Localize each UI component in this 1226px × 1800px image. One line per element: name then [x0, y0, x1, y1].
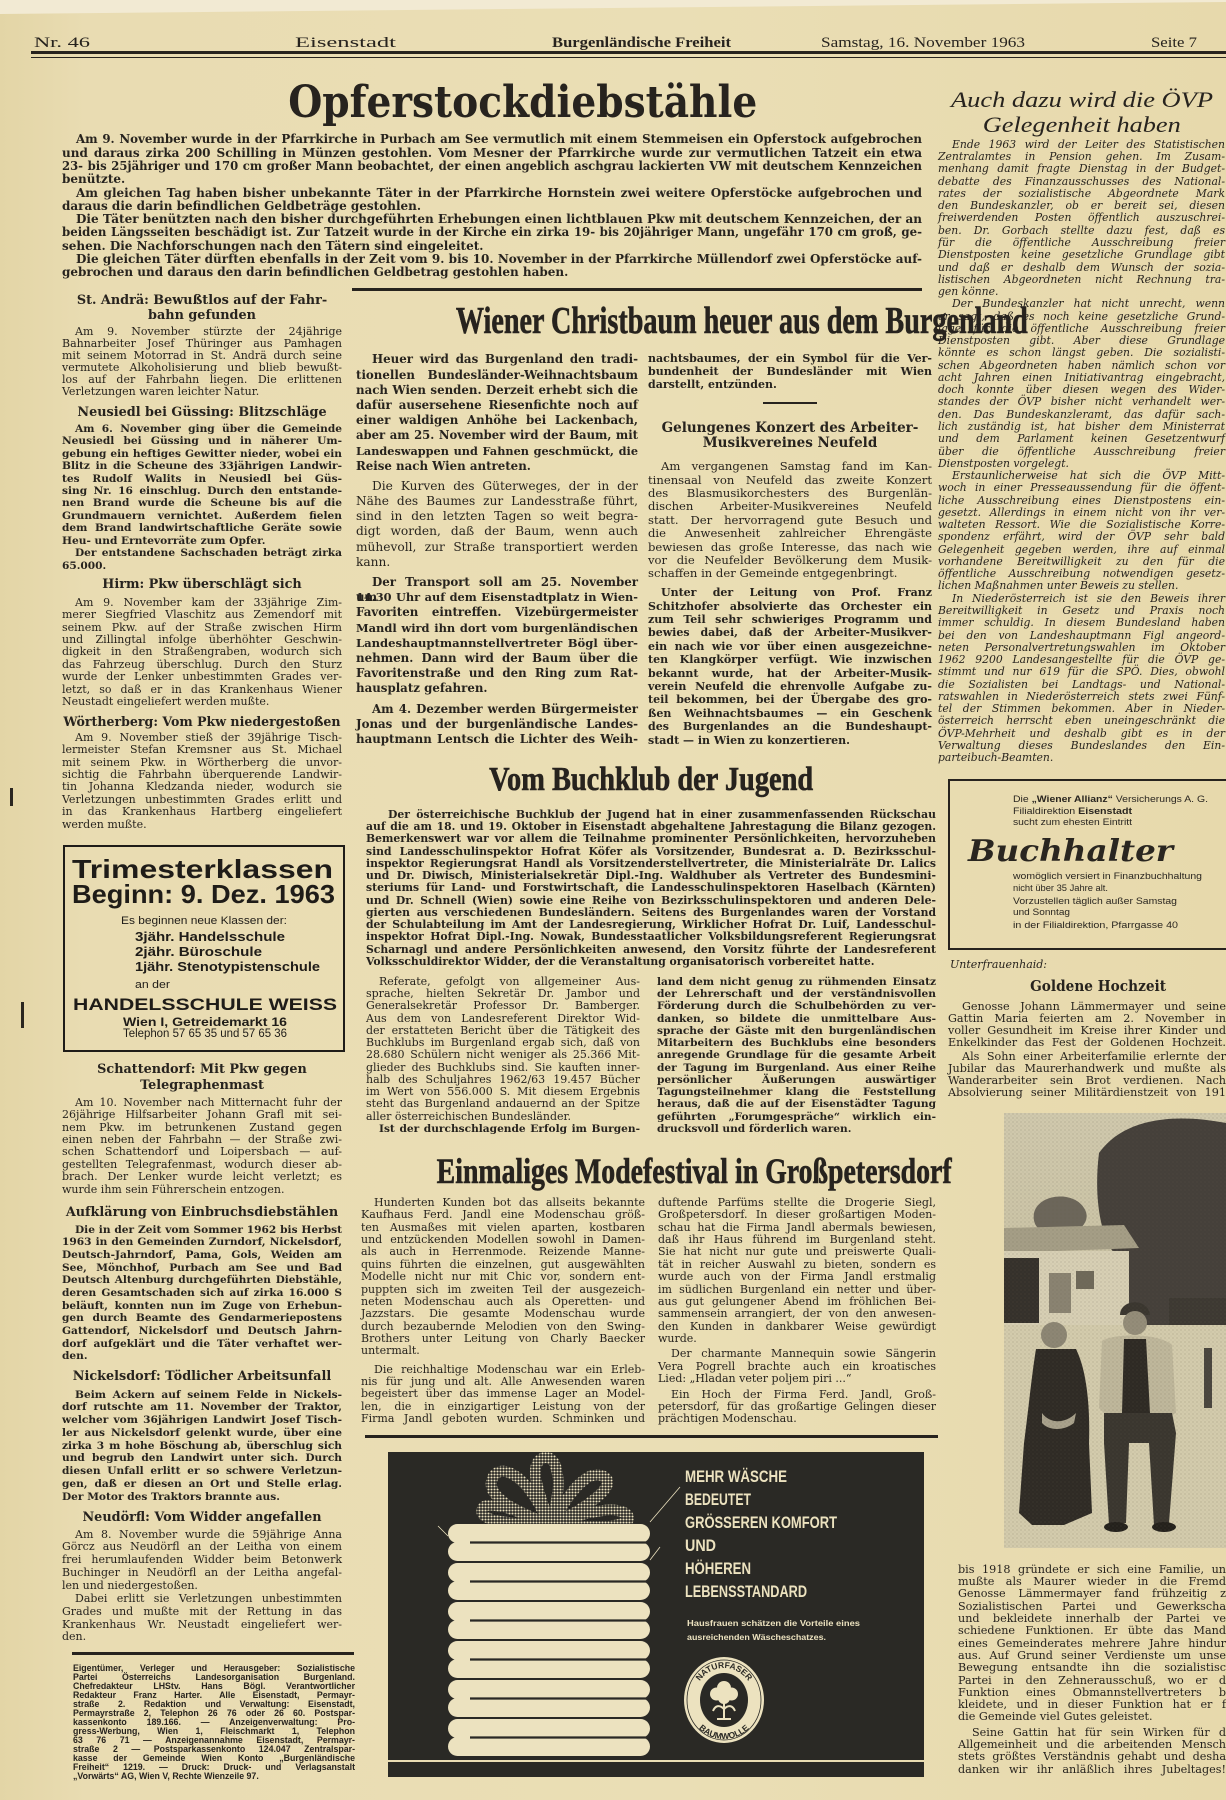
- text-line: wurde der Lenker unbestimmten Grades ver…: [62, 671, 342, 683]
- text-line: teil bekommen, bei der Übergabe des gro-: [648, 693, 932, 706]
- headline: Einmaliges Modefestival in Großpetersdor…: [361, 1152, 936, 1190]
- text-line: Die Kurven des Güterweges, der in der: [356, 479, 638, 494]
- ad-intro: Es beginnen neue Klassen der:: [121, 914, 274, 928]
- article-body: Ende 1963 wird der Leiter des Statistisc…: [938, 139, 1225, 765]
- text-line: ßen Weihnachtsbaumes — ein Geschenk: [648, 707, 932, 720]
- city-text: Eisenstadt: [295, 34, 396, 52]
- paragraph: Am 6. November ging über die GemeindeNeu…: [62, 423, 342, 547]
- ad-phone: Telephon 57 65 35 und 57 65 36: [123, 1027, 288, 1041]
- naturfaser-baumwolle-advertisement: NATURFASER BAUMWOLLE MEHR WÄSCHE BEDEUTE…: [388, 1452, 924, 1777]
- text-line: beiden Längsseiten beschädigt ist. Zur T…: [62, 226, 922, 239]
- text-line: Kaufhaus Ferd. Jandl eine Modenschau grö…: [361, 1209, 645, 1221]
- issue-date: Samstag, 16. November 1963: [821, 34, 999, 52]
- text-line: immer schuldig. In diesem Bundesland hab…: [938, 617, 1225, 629]
- issue-number-text: Nr. 46: [34, 34, 90, 52]
- ad-position-title: Buchhalter: [968, 836, 1157, 868]
- text-line: aber am 25. November wird der Baum, mit: [356, 428, 638, 443]
- paragraph: Heuer wird das Burgenland den tradi-tion…: [356, 352, 638, 474]
- text-line: Jazzstars. Die gesamte Modenschau wurde: [361, 1308, 645, 1320]
- text-line: begeistert über das immense Lager an Mod…: [361, 1388, 645, 1400]
- text-line: Am 4. Dezember werden Bürgermeister: [356, 702, 638, 717]
- text-line: anregende Grundlage für die gesamte Arbe…: [657, 1049, 936, 1061]
- headline-line: Musikvereines Neufeld: [648, 436, 932, 451]
- issue-date-text: Samstag, 16. November 1963: [821, 34, 1025, 52]
- ad-detail-line: nicht über 35 Jahre alt.: [1013, 883, 1110, 895]
- article-body: Am vergangenen Samstag fand im Kan-tinen…: [648, 460, 932, 747]
- text-line: Neusiedl bei Güssing und in näherer Um-: [62, 435, 342, 447]
- text-line: persönlicher Äußerungen auswärtiger: [657, 1074, 936, 1086]
- paragraph: Die Kurven des Güterweges, der in derNäh…: [356, 479, 638, 570]
- text-line: lichen Maßnahmen unter Beweis zu stellen…: [938, 580, 1225, 592]
- slogan-text: LEBENSSTANDARD: [685, 1582, 807, 1602]
- ad-text: Die: [1013, 794, 1032, 805]
- text-line: heraus, daß die auf der Eisenstädter Tag…: [657, 1098, 936, 1110]
- text-line: daraus die darin befindlichen Geldbeträg…: [62, 200, 922, 213]
- paragraph: Die in der Zeit vom Sommer 1962 bis Herb…: [62, 1224, 342, 1364]
- article-column: Referate, gefolgt von allgemeiner Aus-sp…: [366, 976, 640, 1135]
- text-line: deren Gesamtschaden sich auf zirka 16.00…: [62, 1287, 342, 1300]
- newspaper-name: Burgenländische Freiheit: [552, 34, 714, 52]
- slogan-text: HÖHEREN: [685, 1559, 751, 1579]
- text-line: Krankenhaus Wr. Neustadt eingeliefert we…: [62, 1619, 342, 1632]
- slogan-text: UND: [685, 1536, 716, 1556]
- text-line: Favoritenstraße und den Ring zum Rat-: [356, 666, 638, 681]
- text-line: Am 9. November wurde in der Pfarrkirche …: [62, 133, 922, 146]
- paragraph: bis 1918 gründete er sich eine Familie, …: [958, 1564, 1226, 1724]
- text-line: Verletzungen waren leichter Natur.: [62, 386, 342, 398]
- text-line: gen, daß er diesen an Ort und Stelle erl…: [62, 1478, 342, 1491]
- headline-text: Opferstockdiebstähle: [288, 80, 757, 126]
- ad-course: 2jähr. Büroschule: [135, 944, 244, 960]
- headline-line: Wörtherberg: Vom Pkw niedergestoßen: [62, 714, 342, 730]
- text-line: parteibuch-Beamten.: [938, 752, 1225, 764]
- text-line: Ist der durchschlagende Erfolg im Burgen…: [366, 1123, 640, 1135]
- headline-line: Schattendorf: Mit Pkw gegen: [62, 1062, 342, 1078]
- text-line: inspektor Hofrat Dipl.-Ing. Nowak, Bunde…: [366, 931, 936, 943]
- text-line: benützte.: [62, 173, 922, 186]
- text-line: österreich herrscht eben uneingeschränkt…: [938, 715, 1225, 727]
- wiener-allianz-job-advertisement: Die „Wiener Allianz“ Versicherungs A. G.…: [948, 779, 1226, 950]
- text-line: darstellt, entzünden.: [648, 378, 932, 391]
- text-line: nach Wien senden. Derzeit erhebt sich di…: [356, 383, 638, 398]
- headline: Nickelsdorf: Tödlicher Arbeitsunfall: [62, 1369, 342, 1385]
- text-line: die Gemeinde viel Gutes geleistet.: [958, 1711, 1226, 1723]
- ad-school-name-text: HANDELSSCHULE WEISS: [73, 995, 337, 1015]
- text-line: Bewegung entsandte ihn die sozialistisc: [958, 1662, 1226, 1674]
- article-column: Hunderten Kunden bot das allseits bekann…: [361, 1197, 645, 1426]
- ad-text: womöglich versiert in Finanzbuchhaltung: [1013, 871, 1202, 883]
- masthead-city: Eisenstadt: [295, 34, 357, 52]
- text-line: 23- bis 25jähriger und 170 cm großer Man…: [62, 160, 922, 173]
- impressum: Eigentümer, Verleger und Herausgeber: So…: [73, 1664, 355, 1782]
- text-line: stimmt und nur 619 für die SPÖ. Dies, ob…: [938, 666, 1225, 678]
- headline-line: Gelungenes Konzert des Arbeiter-: [648, 421, 932, 436]
- text-line: drucksvoll und förderlich waren.: [657, 1123, 936, 1135]
- article-continuation: bis 1918 gründete er sich eine Familie, …: [958, 1564, 1226, 1776]
- ad-course-text: 3jähr. Handelsschule: [135, 929, 285, 945]
- text-line: Schitzhofer absolvierte das Orchester ei…: [648, 600, 932, 613]
- paragraph: Der entstandene Sachschaden beträgt zirk…: [62, 547, 342, 572]
- text-line: der Tagung im Burgenland. Aus einer Reih…: [657, 1062, 936, 1074]
- text-line: Förderung durch die Schulbehörden zu ver…: [657, 1000, 936, 1012]
- text-line: sing Nr. 16 einschlug. Durch den entstan…: [62, 485, 342, 497]
- text-line: brach. Der Lenker wurde leicht verletzt;…: [62, 1171, 342, 1183]
- text-line: ten Klangkörper verfügt. Wie inzwischen: [648, 653, 932, 666]
- text-line: werden mußte.: [62, 819, 342, 831]
- ad-slogan-line: UND: [685, 1536, 722, 1556]
- text-line: Mandl wird ihn dort vom burgenländischen: [356, 621, 638, 636]
- text-line: und begrub den Landwirt unter sich. Durc…: [62, 1452, 342, 1465]
- headline-line: Aufklärung von Einbruchsdiebstählen: [62, 1205, 342, 1221]
- text-line: als auch in Herrenmode. Reizende Manne-: [361, 1246, 645, 1258]
- ad-text: und Sonntag: [1013, 907, 1070, 919]
- headline: Schattendorf: Mit Pkw gegen Telegraphenm…: [62, 1062, 342, 1094]
- text-line: und daß er deshalb dem Wunsch der sozia-: [938, 262, 1225, 274]
- text-line: Der Motor des Traktors brannte aus.: [62, 1491, 342, 1504]
- ad-slogan-line: HÖHEREN: [685, 1559, 770, 1579]
- headline-line: Nickelsdorf: Tödlicher Arbeitsunfall: [62, 1369, 342, 1385]
- subline-text: Hausfrauen schätzen die Vorteile eines: [687, 1617, 860, 1629]
- text-line: Der Transport soll am 25. November um: [356, 575, 638, 590]
- headline-line: Neudörfl: Vom Widder angefallen: [62, 1510, 342, 1526]
- scan-mark: [21, 1002, 24, 1028]
- text-line: Landeshauptmannstellvertreter Bögl über-: [356, 636, 638, 651]
- headline-line: Auch dazu wird die ÖVP: [938, 88, 1226, 112]
- text-line: sehen. Die Nachforschungen nach den Täte…: [62, 240, 922, 253]
- article-body: Genosse Johann Lämmermayer und seineGatt…: [948, 1001, 1226, 1099]
- text-line: Die gleichen Täter dürften ebenfalls in …: [62, 253, 922, 266]
- paragraph: Ist der durchschlagende Erfolg im Burgen…: [366, 1123, 640, 1135]
- ad-text: Filialdirektion: [1013, 806, 1078, 817]
- paragraph: Dabei erlitt sie Verletzungen unbestimmt…: [62, 1593, 342, 1644]
- headline-line: Gelegenheit haben: [938, 113, 1226, 137]
- text-line: 14.30 Uhr auf dem Eisenstadtplatz in Wie…: [356, 590, 638, 605]
- text-line: vor die Neufelder Bevölkerung dem Musik-: [648, 554, 932, 567]
- ad-at-text: an der: [135, 978, 170, 992]
- text-line: kann.: [356, 555, 638, 570]
- text-line: danken, so bildete die unmittelbare Aus-: [657, 1013, 936, 1025]
- ad-text: sucht zum ehesten Eintritt: [1013, 817, 1132, 829]
- text-line: Der entstandene Sachschaden beträgt zirk…: [62, 547, 342, 559]
- text-line: aller österreichischen Bundesländer.: [366, 1111, 640, 1123]
- ad-at: an der: [135, 978, 166, 992]
- headline: Hirm: Pkw überschlägt sich: [62, 577, 342, 593]
- article-body: Am 9. November wurde in der Pfarrkirche …: [62, 133, 922, 279]
- text-line: bewies dabei, daß der Arbeiter-Musikver-: [648, 626, 932, 639]
- paragraph: land dem nicht genug zu rühmenden Einsat…: [657, 976, 936, 1135]
- text-line: sprache der Gäste mit den burgenländisch…: [657, 1025, 936, 1037]
- text-line: Landeswappen und Fahnen geschmückt, die: [356, 444, 638, 459]
- text-line: 1963 in den Gemeinden Zurndorf, Nickelsd…: [62, 1236, 342, 1249]
- text-line: Deutsch Altenburg durchgeführten Diebstä…: [62, 1274, 342, 1287]
- text-line: Bemerkenswert war vor allem die Teilnahm…: [366, 833, 936, 845]
- text-line: Deutsch-Jahrndorf, Pama, Gols, Weiden am: [62, 1249, 342, 1262]
- text-line: schiedene Funktionen. Er übte das Mand: [958, 1625, 1226, 1637]
- text-line: steht das Burgenland andauernd an der Sp…: [366, 1098, 640, 1110]
- naturfaser-logo-icon: NATURFASER BAUMWOLLE: [684, 1657, 764, 1743]
- text-line: digkeit in den Straßengraben, wodurch si…: [62, 646, 342, 658]
- text-line: Generalsekretär Professor Dr. Bamberger.: [366, 1000, 640, 1012]
- text-line: Firma Jandl geboten wurden. Schminken un…: [361, 1413, 645, 1425]
- subline-text: ausreichenden Wäscheschatzes.: [687, 1631, 826, 1643]
- headline-text: Gelegenheit haben: [983, 113, 1181, 137]
- short-divider: [763, 402, 817, 404]
- text-line: könnte es schon längst geben. Die sozial…: [938, 347, 1225, 359]
- ad-text: Versicherungs A. G.: [1113, 794, 1208, 805]
- section-rule: [352, 288, 922, 291]
- paper-edge: [0, 0, 1226, 16]
- text-line: tin Johanna Kledzanda nieder, wodurch si…: [62, 781, 342, 793]
- text-line: stets größtes Verständnis gehabt und des…: [958, 1751, 1226, 1763]
- article-body: Am 9. November kam der 33jährige Zim-mer…: [62, 597, 342, 709]
- text-line: Absolvierung seiner Militärdienstzeit vo…: [948, 1087, 1226, 1099]
- text-line: bewiesen das große Interesse, das nach w…: [648, 541, 932, 554]
- article-body: Am 9. November stieß der 39jährige Tisch…: [62, 732, 342, 831]
- text-line: Dabei erlitt sie Verletzungen unbestimmt…: [62, 1593, 342, 1606]
- text-line: len und niedergestoßen.: [62, 1580, 342, 1593]
- paragraph: Die Täter benützten nach den bisher durc…: [62, 213, 922, 253]
- headline-line: Telegraphenmast: [62, 1078, 342, 1094]
- text-line: zum Teil sehr schwieriges Programm und: [648, 613, 932, 626]
- ad-text: nicht über 35 Jahre alt.: [1013, 883, 1108, 895]
- paragraph: Am 4. Dezember werden BürgermeisterJonas…: [356, 702, 638, 748]
- ad-start-date: Beginn: 9. Dez. 1963: [72, 881, 323, 907]
- paragraph: Die gleichen Täter dürften ebenfalls in …: [62, 253, 922, 280]
- ad-phone-text: Telephon 57 65 35 und 57 65 36: [123, 1027, 287, 1041]
- article-body: Die in der Zeit vom Sommer 1962 bis Herb…: [62, 1224, 342, 1364]
- headline-text: Goldene Hochzeit: [1030, 978, 1166, 996]
- text-line: stadt — in Wien zu konzertieren.: [648, 734, 932, 747]
- headline-text: Einmaliges Modefestival in Großpetersdor…: [437, 1152, 952, 1190]
- ad-course: 1jähr. Stenotypistenschule: [135, 959, 300, 975]
- text-line: dafür ausersehene Riesenfichte noch auf: [356, 398, 638, 413]
- text-line: tionellen Bundesländer-Weihnachtsbaum: [356, 368, 638, 383]
- text-line: steriums für Land- und Forstwirtschaft, …: [366, 882, 936, 894]
- impressum-rule: [72, 1652, 354, 1655]
- text-line: gebung ein heftiges Gewitter nieder, wob…: [62, 448, 342, 460]
- text-line: Beim Ackern auf seinem Felde in Nickels-: [62, 1389, 342, 1402]
- text-line: Dienstposten keine gesetzliche Grundlage…: [938, 249, 1225, 261]
- ad-text: in der Filialdirektion, Pfarrgasse 40: [1013, 920, 1178, 932]
- text-line: untermalt.: [361, 1345, 645, 1357]
- text-line: und dem Parlament keinen Gesetzentwurf: [938, 433, 1225, 445]
- paragraph: Der Transport soll am 25. November um14.…: [356, 575, 638, 697]
- text-line: Enkelkinder das Fest der Goldenen Hochze…: [948, 1037, 1226, 1049]
- kicker: Unterfrauenhaid:: [950, 958, 1047, 972]
- article-body: Am 8. November wurde die 59jährige AnnaG…: [62, 1529, 342, 1645]
- headline: St. Andrä: Bewußtlos auf der Fahr- bahn …: [62, 293, 342, 323]
- text-line: über die öffentliche Ausschreibung freie…: [938, 446, 1225, 458]
- headline: Vom Buchklub der Jugend: [366, 762, 936, 798]
- paragraph: Am gleichen Tag haben bisher unbekannte …: [62, 187, 922, 214]
- text-line: Die Täter benützten nach den bisher durc…: [62, 213, 922, 226]
- text-line: 28.680 Schülern nicht weniger als 25.366…: [366, 1049, 640, 1061]
- ad-course: 3jähr. Handelsschule: [135, 929, 264, 945]
- ad-slogan-line: GRÖSSEREN KOMFORT: [685, 1513, 884, 1533]
- paragraph: Seine Gattin hat für sein Wirken für dAl…: [958, 1727, 1226, 1776]
- text-line: spondenz erfährt, wird der ÖVP sehr bald: [938, 531, 1225, 543]
- text-line: einer waldigen Anhöhe bei Lackenbach,: [356, 413, 638, 428]
- company-name: „Wiener Allianz“: [1032, 794, 1113, 805]
- ad-start-date-text: Beginn: 9. Dez. 1963: [72, 881, 335, 907]
- text-line: See, Mönchhof, Purbach am See und Bad: [62, 1262, 342, 1275]
- page-number-text: Seite 7: [1151, 34, 1197, 52]
- text-line: Sie hat nicht nur gute und preiswerte Qu…: [658, 1246, 936, 1258]
- newspaper-page: Nr. 46 Eisenstadt Burgenländische Freihe…: [0, 0, 1226, 1800]
- text-line: die Anwesenheit zahlreicher Ehrengäste: [648, 527, 932, 540]
- text-line: Lied: „Hladan veter poljem piri ...“: [658, 1373, 936, 1385]
- text-line: sammensein arrangiert, der von den anwes…: [658, 1308, 936, 1320]
- ad-company-line: Die „Wiener Allianz“ Versicherungs A. G.: [1013, 794, 1191, 806]
- ad-intro-text: Es beginnen neue Klassen der:: [121, 914, 287, 928]
- handelsschule-weiss-advertisement: Trimesterklassen Beginn: 9. Dez. 1963 Es…: [63, 845, 345, 1052]
- text-line: des Blasmusikorchesters des Burgenlän-: [648, 487, 932, 500]
- paragraph: Erstaunlicherweise hat sich die ÖVP Mitt…: [938, 470, 1225, 593]
- headline-text: Vom Buchklub der Jugend: [489, 762, 813, 798]
- ad-slogan-line: LEBENSSTANDARD: [685, 1582, 848, 1602]
- text-line: schaffen in der Gemeinde entgegenbringt.: [648, 567, 932, 580]
- text-line: bundenheit der Bundesländer mit Wien: [648, 365, 932, 378]
- text-line: Blitz in die Scheune des 33jährigen Land…: [62, 460, 342, 472]
- ad-slogan-line: BEDEUTET: [685, 1490, 777, 1510]
- text-line: gen durch Beamte des Gendarmeriepostens: [62, 1312, 342, 1325]
- text-line: dorf rutschte am 11. November der Trakto…: [62, 1401, 342, 1414]
- text-line: tinensaal von Neufeld das zweite Konzert: [648, 474, 932, 487]
- issue-number: Nr. 46: [34, 34, 72, 52]
- headline: Gelungenes Konzert des Arbeiter- Musikve…: [648, 421, 932, 451]
- ad-line: sucht zum ehesten Eintritt: [1013, 817, 1122, 829]
- text-line: schen Schattendorf und Loipersbach — auf…: [62, 1146, 342, 1158]
- page-number: Seite 7: [1151, 34, 1192, 52]
- text-line: der Lehrerschaft und der verständnisvoll…: [657, 988, 936, 1000]
- article-body: Am 6. November ging über die GemeindeNeu…: [62, 423, 342, 572]
- text-line: Der Bundeskanzler hat nicht unrecht, wen…: [938, 298, 1225, 310]
- text-line: wurde auch von der Firma Jandl erstmalig: [658, 1271, 936, 1283]
- text-line: bei den von Landeshauptmann Figl angeord…: [938, 630, 1225, 642]
- text-line: Genosse Lämmermayer fand frühzeitig z: [958, 1588, 1226, 1600]
- towel-stack-illustration: NATURFASER BAUMWOLLE: [388, 1452, 924, 1777]
- text-line: Großpetersdorf. In dieser großartigen Mo…: [658, 1209, 936, 1221]
- text-line: Heu- und Erntevorräte zum Opfer.: [62, 535, 342, 547]
- paragraph: Der charmante Mannequin sowie SängerinVe…: [658, 1348, 936, 1385]
- text-line: freiwerdenden Posten öffentlich auszusch…: [938, 212, 1225, 224]
- paragraph: Hunderten Kunden bot das allseits bekann…: [361, 1197, 645, 1358]
- newspaper-name-text: Burgenländische Freiheit: [552, 34, 731, 52]
- article-column: Heuer wird das Burgenland den tradi-tion…: [356, 352, 638, 747]
- paragraph: Am 9. November wurde in der Pfarrkirche …: [62, 133, 922, 186]
- paragraph: Die reichhaltige Modenschau war ein Erle…: [361, 1364, 645, 1426]
- ad-detail-line: in der Filialdirektion, Pfarrgasse 40: [1013, 920, 1159, 932]
- slogan-text: BEDEUTET: [685, 1490, 751, 1510]
- ad-course-text: 1jähr. Stenotypistenschule: [135, 959, 320, 975]
- text-line: bekannt wurde, hat der Arbeiter-Musik-: [648, 667, 932, 680]
- text-line: dorf aufgeklärt und die Täter verhaftet …: [62, 1338, 342, 1351]
- position-text: Buchhalter: [968, 836, 1173, 868]
- text-line: den.: [62, 1631, 342, 1644]
- text-line: 65.000.: [62, 560, 342, 572]
- text-line: die Sozialisten bei Landtags- und Nation…: [938, 679, 1225, 691]
- headline: Opferstockdiebstähle: [259, 80, 728, 126]
- text-line: prächtigen Modenschau.: [658, 1413, 936, 1425]
- text-line: Am gleichen Tag haben bisher unbekannte …: [62, 187, 922, 200]
- text-line: dem Brand landwirtschaftliche Geräte sow…: [62, 522, 342, 534]
- text-line: des Burgenlandes an die Bundeshaupt-: [648, 720, 932, 733]
- text-line: Reise nach Wien antreten.: [356, 459, 638, 474]
- paragraph: Am 9. November stieß der 39jährige Tisch…: [62, 732, 342, 831]
- text-line: Jonas und der burgenländische Landes-: [356, 717, 638, 732]
- text-line: nachtsbaumes, der ein Symbol für die Ver…: [648, 352, 932, 365]
- text-line: Nähe des Baumes zur Landesstraße führt,: [356, 494, 638, 509]
- article-intro: Der österreichische Buchklub der Jugend …: [366, 809, 936, 968]
- text-line: tes Rudolf Walits in Neusiedl bei Güs-: [62, 473, 342, 485]
- text-line: beläuft, konnten nun im Zuge von Erhebun…: [62, 1300, 342, 1313]
- text-line: danken wir ihr anläßlich ihres Jubeltage…: [958, 1764, 1226, 1776]
- text-line: welcher vom 36jährigen Landwirt Josef Ti…: [62, 1414, 342, 1427]
- paragraph: Am 9. November stürzte der 24jährigeBahn…: [62, 326, 342, 399]
- text-line: Volksschuldirektor Widder, der die Veran…: [366, 956, 936, 968]
- text-line: Am vergangenen Samstag fand im Kan-: [648, 460, 932, 473]
- golden-wedding-couple-photo: [1004, 1113, 1226, 1548]
- text-line: „Vorwärts“ AG, Wien V, Rechte Wienzeile …: [73, 1772, 355, 1781]
- text-line: und daraus zirka 200 Schilling in Münzen…: [62, 147, 922, 160]
- article-body: Beim Ackern auf seinem Felde in Nickels-…: [62, 1389, 342, 1504]
- ad-course-text: 2jähr. Büroschule: [135, 944, 262, 960]
- text-line: den.: [62, 1350, 342, 1363]
- article-column: land dem nicht genug zu rühmenden Einsat…: [657, 976, 936, 1135]
- paragraph: Ein Hoch der Firma Ferd. Jandl, Groß-pet…: [658, 1389, 936, 1426]
- text-line: den Kunden in dankbarer Weise gewürdigt: [658, 1321, 936, 1333]
- headline: Neudörfl: Vom Widder angefallen: [62, 1510, 342, 1526]
- text-line: land dem nicht genug zu rühmenden Einsat…: [657, 976, 936, 988]
- text-line: Die in der Zeit vom Sommer 1962 bis Herb…: [62, 1224, 342, 1237]
- paragraph: Der österreichische Buchklub der Jugend …: [366, 809, 936, 968]
- text-line: mühevoll, zur Straße transportiert werde…: [356, 540, 638, 555]
- text-line: Partei in den Zehnerausschuß, wo er d: [958, 1675, 1226, 1687]
- article-column: nachtsbaumes, der ein Symbol für die Ver…: [648, 352, 932, 391]
- headline-line: Hirm: Pkw überschlägt sich: [62, 577, 342, 593]
- text-line: nehmen. Dann wird der Baum über die: [356, 651, 638, 666]
- text-line: Heuer wird das Burgenland den tradi-: [356, 352, 638, 367]
- text-line: ler aus Nickelsdorf gelenkt wurde, über …: [62, 1427, 342, 1440]
- headline-line: bahn gefunden: [62, 308, 342, 323]
- text-line: Unter der Leitung von Prof. Franz: [648, 586, 932, 599]
- text-line: Am 6. November ging über die Gemeinde: [62, 423, 342, 435]
- paragraph: Referate, gefolgt von allgemeiner Aus-sp…: [366, 976, 640, 1123]
- text-line: digt worden, daß der Baum, wenn auch: [356, 524, 638, 539]
- text-line: hausplatz gefahren.: [356, 681, 638, 696]
- headline: Neusiedl bei Güssing: Blitzschläge: [62, 405, 342, 421]
- headline-line: St. Andrä: Bewußtlos auf der Fahr-: [62, 293, 342, 308]
- paragraph: Beim Ackern auf seinem Felde in Nickels-…: [62, 1389, 342, 1504]
- text-line: dischen Arbeiter-Musikvereines Neufeld: [648, 500, 932, 513]
- paragraph: Als Sohn einer Arbeiterfamilie erlernte …: [948, 1051, 1226, 1099]
- headline-line: Neusiedl bei Güssing: Blitzschläge: [62, 405, 342, 421]
- article-body: Am 9. November stürzte der 24jährigeBahn…: [62, 326, 342, 399]
- section-rule: [365, 1435, 938, 1438]
- text-line: standes der ÖVP bisher nicht verhandelt …: [938, 396, 1225, 408]
- text-line: merer Siegfried Vlaschitz aus Zemendorf …: [62, 609, 342, 621]
- text-line: ein nach wie vor über einen ausgezeichne…: [648, 640, 932, 653]
- slogan-text: MEHR WÄSCHE: [685, 1467, 787, 1487]
- paragraph: nachtsbaumes, der ein Symbol für die Ver…: [648, 352, 932, 391]
- text-line: nen Brand wurde die Scheune bis auf die: [62, 497, 342, 509]
- slogan-text: GRÖSSEREN KOMFORT: [685, 1513, 837, 1533]
- text-line: gebrochen und daraus den darin befindlic…: [62, 266, 922, 279]
- scan-mark: [10, 788, 13, 806]
- text-line: wurde ihm sein Führerschein entzogen.: [62, 1184, 342, 1196]
- text-line: Neustadt eingeliefert werden mußte.: [62, 696, 342, 708]
- ad-subline: ausreichenden Wäscheschatzes.: [687, 1631, 820, 1643]
